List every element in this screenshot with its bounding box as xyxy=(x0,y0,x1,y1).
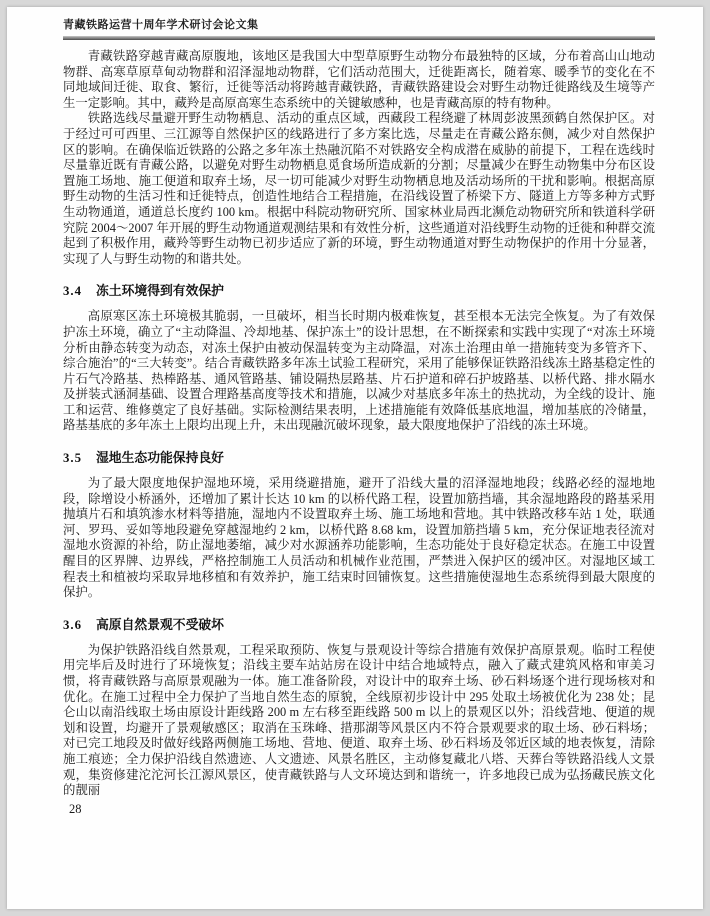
section-title: 冻土环境得到有效保护 xyxy=(96,283,224,298)
paragraph-route-selection: 铁路选线尽量避开野生动物栖息、活动的重点区域，西藏段工程绕避了林周彭波黑颈鹤自然… xyxy=(63,111,655,267)
section-title: 湿地生态功能保持良好 xyxy=(96,450,224,465)
paragraph-landscape: 为保护铁路沿线自然景观，工程采取预防、恢复与景观设计等综合措施有效保护高原景观。… xyxy=(63,643,655,799)
paragraph-wildlife-intro: 青藏铁路穿越青藏高原腹地，该地区是我国大中型草原野生动物分布最独特的区域，分布着… xyxy=(63,49,655,111)
section-title: 高原自然景观不受破坏 xyxy=(96,617,224,632)
section-heading-3-4: 3.4冻土环境得到有效保护 xyxy=(63,280,655,299)
section-number: 3.6 xyxy=(63,618,82,632)
page-body: 青藏铁路穿越青藏高原腹地，该地区是我国大中型草原野生动物分布最独特的区域，分布着… xyxy=(63,49,655,799)
running-header-title: 青藏铁路运营十周年学术研讨会论文集 xyxy=(63,16,655,32)
paragraph-wetland: 为了最大限度地保护湿地环境，采用绕避措施，避开了沿线大量的沼泽湿地地段；线路必经… xyxy=(63,476,655,601)
header-rule xyxy=(63,36,655,40)
section-heading-3-6: 3.6高原自然景观不受破坏 xyxy=(63,614,655,633)
document-page: 青藏铁路运营十周年学术研讨会论文集 青藏铁路穿越青藏高原腹地，该地区是我国大中型… xyxy=(7,7,703,909)
page-number: 28 xyxy=(63,802,655,817)
paragraph-frozen-soil: 高原寒区冻土环境极其脆弱，一旦破坏，相当长时期内极难恢复，甚至根本无法完全恢复。… xyxy=(63,309,655,434)
section-heading-3-5: 3.5湿地生态功能保持良好 xyxy=(63,447,655,466)
section-number: 3.4 xyxy=(63,284,82,298)
section-number: 3.5 xyxy=(63,451,82,465)
